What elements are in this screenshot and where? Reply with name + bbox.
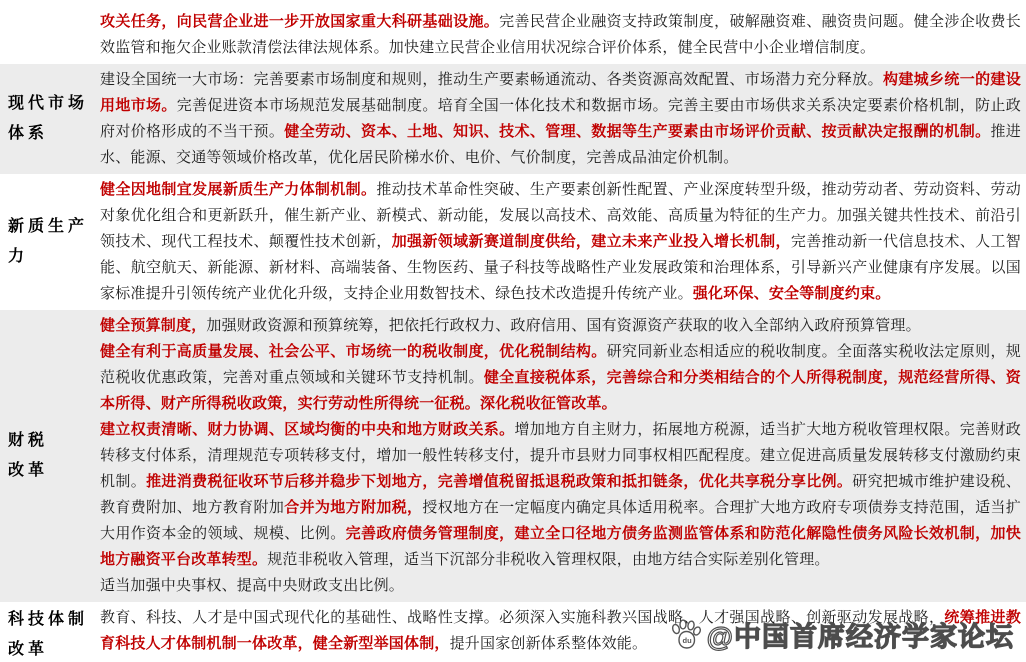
table-row: 科技体制 改革教育、科技、人才是中国式现代化的基础性、战略性支撑。必须深入实施科… [0,602,1026,662]
row-content: 攻关任务，向民营企业进一步开放国家重大科研基础设施。完善民营企业融资支持政策制度… [100,9,1026,61]
highlighted-text: 健全有利于高质量发展、社会公平、市场统一的税收制度，优化税制结构。 [100,344,607,360]
highlighted-text: 加强新领域新赛道制度供给，建立未来产业投入增长机制， [392,234,791,250]
highlighted-text: 健全预算制度， [100,318,206,334]
table-row: 新质生产 力健全因地制宜发展新质生产力体制机制。推动技术革命性突破、生产要素创新… [0,174,1026,310]
row-category-label [0,9,100,61]
row-content: 教育、科技、人才是中国式现代化的基础性、战略性支撑。必须深入实施科教兴国战略、人… [100,605,1026,662]
paragraph: 建设全国统一大市场：完善要素市场制度和规则，推动生产要素畅通流动、各类资源高效配… [100,67,1021,171]
body-text: 教育、科技、人才是中国式现代化的基础性、战略性支撑。必须深入实施科教兴国战略、人… [100,610,944,626]
table-row: 现代市场 体系建设全国统一大市场：完善要素市场制度和规则，推动生产要素畅通流动、… [0,64,1026,174]
document-table: 攻关任务，向民营企业进一步开放国家重大科研基础设施。完善民营企业融资支持政策制度… [0,0,1026,662]
paragraph: 健全有利于高质量发展、社会公平、市场统一的税收制度，优化税制结构。研究同新业态相… [100,339,1021,417]
table-row: 攻关任务，向民营企业进一步开放国家重大科研基础设施。完善民营企业融资支持政策制度… [0,0,1026,64]
row-content: 建设全国统一大市场：完善要素市场制度和规则，推动生产要素畅通流动、各类资源高效配… [100,67,1026,171]
highlighted-text: 健全劳动、资本、土地、知识、技术、管理、数据等生产要素由市场评价贡献、按贡献决定… [284,124,990,140]
row-content: 健全因地制宜发展新质生产力体制机制。推动技术革命性突破、生产要素创新性配置、产业… [100,177,1026,307]
body-text: 适当加强中央事权、提高中央财政支出比例。 [100,578,404,594]
row-category-label: 现代市场 体系 [0,67,100,171]
paragraph: 健全预算制度，加强财政资源和预算统筹，把依托行政权力、政府信用、国有资源资产获取… [100,313,1021,339]
body-text: 建设全国统一大市场：完善要素市场制度和规则，推动生产要素畅通流动、各类资源高效配… [100,72,883,88]
highlighted-text: 推进消费税征收环节后移并稳步下划地方，完善增值税留抵退税政策和抵扣链条，优化共享… [146,474,852,490]
paragraph: 适当加强中央事权、提高中央财政支出比例。 [100,573,1021,599]
row-content: 健全预算制度，加强财政资源和预算统筹，把依托行政权力、政府信用、国有资源资产获取… [100,313,1026,599]
paragraph: 教育、科技、人才是中国式现代化的基础性、战略性支撑。必须深入实施科教兴国战略、人… [100,605,1021,657]
table-rows: 攻关任务，向民营企业进一步开放国家重大科研基础设施。完善民营企业融资支持政策制度… [0,0,1026,662]
paragraph: 攻关任务，向民营企业进一步开放国家重大科研基础设施。完善民营企业融资支持政策制度… [100,9,1021,61]
highlighted-text: 建立权责清晰、财力协调、区域均衡的中央和地方财政关系。 [100,422,515,438]
table-row: 财税 改革健全预算制度，加强财政资源和预算统筹，把依托行政权力、政府信用、国有资… [0,310,1026,602]
highlighted-text: 健全因地制宜发展新质生产力体制机制。 [100,182,376,198]
row-category-label: 财税 改革 [0,313,100,599]
highlighted-text: 合并为地方附加税， [284,500,422,516]
body-text: 提升国家创新体系整体效能。 [450,636,648,652]
paragraph: 建立权责清晰、财力协调、区域均衡的中央和地方财政关系。增加地方自主财力，拓展地方… [100,417,1021,573]
highlighted-text: 攻关任务，向民营企业进一步开放国家重大科研基础设施。 [100,14,499,30]
body-text: 加强财政资源和预算统筹，把依托行政权力、政府信用、国有资源资产获取的收入全部纳入… [206,318,920,334]
row-category-label: 科技体制 改革 [0,605,100,662]
body-text: 规范非税收入管理，适当下沉部分非税收入管理权限，由地方结合实际差别化管理。 [267,552,829,568]
row-category-label: 新质生产 力 [0,177,100,307]
paragraph: 健全因地制宜发展新质生产力体制机制。推动技术革命性突破、生产要素创新性配置、产业… [100,177,1021,307]
highlighted-text: 强化环保、安全等制度约束。 [693,286,891,302]
